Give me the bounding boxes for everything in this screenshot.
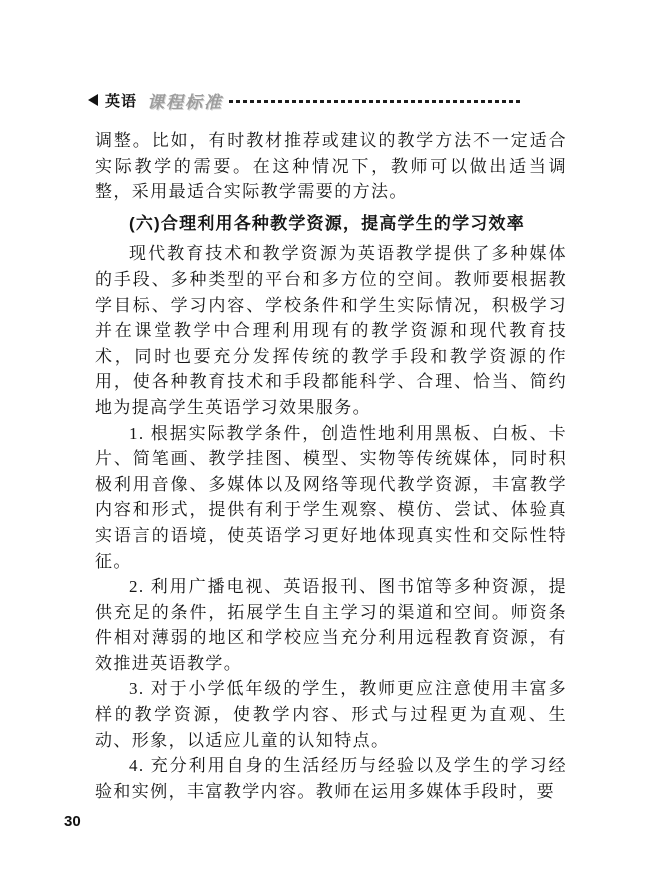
- list-item-4: 4. 充分利用自身的生活经历与经验以及学生的学习经验和实例，丰富教学内容。教师在…: [95, 753, 567, 804]
- running-header: 英语 课程标准: [88, 88, 522, 112]
- left-triangle-icon: [88, 94, 98, 106]
- document-page: 英语 课程标准 调整。比如，有时教材推荐或建议的教学方法不一定适合实际教学的需要…: [0, 0, 668, 891]
- body-paragraph: 现代教育技术和教学资源为英语教学提供了多种媒体的手段、多种类型的平台和多方位的空…: [95, 241, 567, 420]
- header-dotted-rule: [229, 100, 522, 103]
- section-heading: (六)合理利用各种教学资源，提高学生的学习效率: [95, 211, 567, 237]
- list-item-3: 3. 对于小学低年级的学生，教师更应注意使用丰富多样的教学资源，使教学内容、形式…: [95, 676, 567, 753]
- header-series-title: 课程标准: [147, 88, 223, 113]
- header-subject-label: 英语: [105, 90, 137, 111]
- page-body: 调整。比如，有时教材推荐或建议的教学方法不一定适合实际教学的需要。在这种情况下，…: [95, 128, 567, 804]
- continuation-paragraph: 调整。比如，有时教材推荐或建议的教学方法不一定适合实际教学的需要。在这种情况下，…: [95, 128, 567, 205]
- list-item-2: 2. 利用广播电视、英语报刊、图书馆等多种资源，提供充足的条件，拓展学生自主学习…: [95, 574, 567, 676]
- list-item-1: 1. 根据实际教学条件，创造性地利用黑板、白板、卡片、简笔画、教学挂图、模型、实…: [95, 421, 567, 575]
- page-number: 30: [64, 813, 81, 830]
